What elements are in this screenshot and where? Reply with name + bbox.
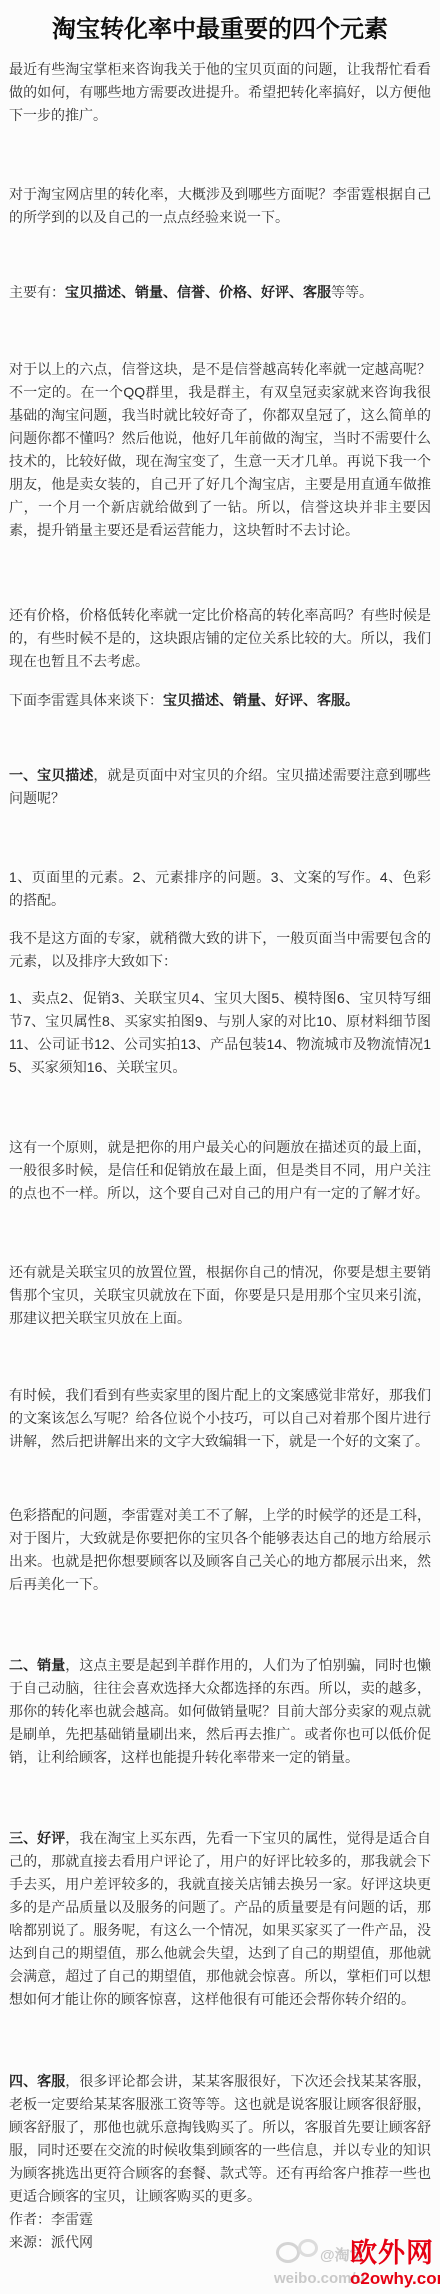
paragraph: 三、好评，我在淘宝上买东西，先看一下宝贝的属性，觉得是适合自己的，那就直接去看用…	[9, 1827, 431, 2011]
paragraph-heading: 一、宝贝描述	[9, 767, 93, 783]
article-body: 最近有些淘宝掌柜来咨询我关于他的宝贝页面的问题，让我帮忙看看做的如何，有哪些地方…	[9, 58, 431, 2208]
paragraph-text: ，这点主要是起到羊群作用的，人们为了怕别骗，同时也懒于自己动脑，往往会喜欢选择大…	[9, 1657, 431, 1765]
paragraph-text: 还有就是关联宝贝的放置位置，根据你自己的情况，你要是想主要销售那个宝贝，关联宝贝…	[9, 1264, 431, 1326]
paragraph: 还有就是关联宝贝的放置位置，根据你自己的情况，你要是想主要销售那个宝贝，关联宝贝…	[9, 1261, 431, 1330]
paragraph-heading: 四、客服	[9, 2073, 65, 2089]
page-title: 淘宝转化率中最重要的四个元素	[9, 12, 431, 48]
author-line: 作者：李雷霆	[9, 2208, 431, 2231]
weibo-icon	[298, 2239, 318, 2257]
paragraph-text: 色彩搭配的问题，李雷霆对美工不了解，上学的时候学的还是工科，对于图片，大致就是你…	[9, 1507, 431, 1592]
paragraph: 一、宝贝描述，就是页面中对宝贝的介绍。宝贝描述需要注意到哪些问题呢？	[9, 764, 431, 810]
paragraph-text: 我不是这方面的专家，就稍微大致的讲下，一般页面当中需要包含的元素，以及排序大致如…	[9, 930, 431, 969]
paragraph: 有时候，我们看到有些卖家里的图片配上的文案感觉非常好，那我们的文案该怎么写呢？给…	[9, 1384, 431, 1453]
paragraph-text: 对于以上的六点，信誉这块，是不是信誉越高转化率就一定越高呢？不一定的。在一个QQ…	[9, 361, 431, 538]
paragraph: 下面李雷霆具体来谈下：宝贝描述、销量、好评、客服。	[9, 689, 431, 712]
weibo-icon	[276, 2242, 300, 2263]
paragraph-text: 最近有些淘宝掌柜来咨询我关于他的宝贝页面的问题，让我帮忙看看做的如何，有哪些地方…	[9, 61, 431, 123]
paragraph: 我不是这方面的专家，就稍微大致的讲下，一般页面当中需要包含的元素，以及排序大致如…	[9, 927, 431, 973]
paragraph-heading: 宝贝描述、销量、好评、客服。	[163, 692, 359, 708]
paragraph-text: 有时候，我们看到有些卖家里的图片配上的文案感觉非常好，那我们的文案该怎么写呢？给…	[9, 1387, 431, 1449]
paragraph: 对于以上的六点，信誉这块，是不是信誉越高转化率就一定越高呢？不一定的。在一个QQ…	[9, 358, 431, 542]
paragraph: 四、客服，很多评论都会讲，某某客服很好，下次还会找某某客服，老板一定要给某某客服…	[9, 2070, 431, 2208]
paragraph-text: ，很多评论都会讲，某某客服很好，下次还会找某某客服，老板一定要给某某客服涨工资等…	[9, 2073, 431, 2204]
paragraph-text: 还有价格，价格低转化率就一定比价格高的转化率高吗？有些时候是的，有些时候不是的，…	[9, 607, 431, 669]
paragraph-heading: 二、销量	[9, 1657, 65, 1673]
paragraph-text: 等等。	[331, 284, 373, 300]
paragraph-text: 下面李雷霆具体来谈下：	[9, 692, 163, 708]
paragraph: 对于淘宝网店里的转化率，大概涉及到哪些方面呢？李雷霆根据自己的所学到的以及自己的…	[9, 183, 431, 229]
watermark: @淘宝 weibo.com/u 欧外网 o2owhy.com	[268, 2238, 440, 2294]
paragraph-text: 1、页面里的元素。2、元素排序的问题。3、文案的写作。4、色彩的搭配。	[9, 869, 431, 908]
paragraph: 还有价格，价格低转化率就一定比价格高的转化率高吗？有些时候是的，有些时候不是的，…	[9, 604, 431, 673]
watermark-site-url: o2owhy.com	[350, 2269, 440, 2289]
paragraph-text: 对于淘宝网店里的转化率，大概涉及到哪些方面呢？李雷霆根据自己的所学到的以及自己的…	[9, 186, 431, 225]
paragraph: 这有一个原则，就是把你的用户最关心的问题放在描述页的最上面，一般很多时候，是信任…	[9, 1136, 431, 1205]
paragraph-text: 1、卖点2、促销3、关联宝贝4、宝贝大图5、模特图6、宝贝特写细节7、宝贝属性8…	[9, 990, 431, 1075]
watermark-site-name: 欧外网	[350, 2238, 434, 2268]
paragraph: 主要有：宝贝描述、销量、信誉、价格、好评、客服等等。	[9, 281, 431, 304]
paragraph: 1、页面里的元素。2、元素排序的问题。3、文案的写作。4、色彩的搭配。	[9, 866, 431, 912]
paragraph: 色彩搭配的问题，李雷霆对美工不了解，上学的时候学的还是工科，对于图片，大致就是你…	[9, 1504, 431, 1596]
paragraph-text: ，我在淘宝上买东西，先看一下宝贝的属性，觉得是适合自己的，那就直接去看用户评论了…	[9, 1830, 431, 2007]
paragraph: 二、销量，这点主要是起到羊群作用的，人们为了怕别骗，同时也懒于自己动脑，往往会喜…	[9, 1654, 431, 1769]
paragraph: 最近有些淘宝掌柜来咨询我关于他的宝贝页面的问题，让我帮忙看看做的如何，有哪些地方…	[9, 58, 431, 127]
paragraph-text: 主要有：	[9, 284, 65, 300]
paragraph-text: 这有一个原则，就是把你的用户最关心的问题放在描述页的最上面，一般很多时候，是信任…	[9, 1139, 431, 1201]
paragraph-heading: 宝贝描述、销量、信誉、价格、好评、客服	[65, 284, 331, 300]
article: 淘宝转化率中最重要的四个元素 最近有些淘宝掌柜来咨询我关于他的宝贝页面的问题，让…	[0, 12, 440, 2254]
paragraph: 1、卖点2、促销3、关联宝贝4、宝贝大图5、模特图6、宝贝特写细节7、宝贝属性8…	[9, 987, 431, 1079]
paragraph-heading: 三、好评	[9, 1830, 65, 1846]
